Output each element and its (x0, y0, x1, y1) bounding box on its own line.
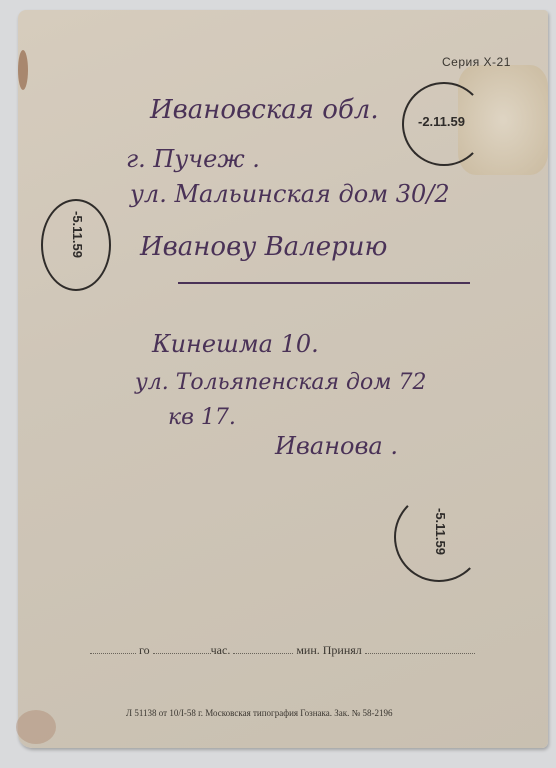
postmark-date: -5.11.59 (70, 211, 85, 258)
hours-label: час. (211, 643, 231, 657)
sender-line-3: кв 17. (168, 405, 236, 430)
accepted-label: Принял (323, 643, 362, 657)
minutes-label: мин. (296, 643, 319, 657)
recipient-line-1: Ивановская обл. (150, 95, 379, 125)
sender-line-1: Кинешма 10. (152, 330, 319, 358)
recipient-line-4: Иванову Валерию (140, 232, 387, 262)
postmark-date: -2.11.59 (418, 114, 465, 129)
recipient-line-3: ул. Мальинская дом 30/2 (130, 180, 450, 208)
postmark-left: -5.11.59 (41, 199, 111, 291)
recipient-line-2: г. Пучеж . (126, 145, 260, 173)
postmark-date: -5.11.59 (433, 508, 448, 555)
footer-imprint: Л 51138 от 10/I-58 г. Московская типогра… (126, 708, 393, 718)
sender-line-2: ул. Тольяпенская дом 72 (135, 370, 426, 395)
stain (18, 50, 28, 90)
go-label: го (139, 643, 150, 657)
stain (16, 710, 56, 744)
acceptance-form-row: го час. мин. Принял (90, 643, 475, 658)
sender-line-4: Иванова . (275, 432, 398, 460)
series-label: Серия X-21 (442, 55, 511, 69)
postmark-top-right: -2.11.59 (402, 82, 486, 166)
address-divider (178, 282, 470, 284)
postmark-bottom-right: -5.11.59 (394, 492, 484, 582)
